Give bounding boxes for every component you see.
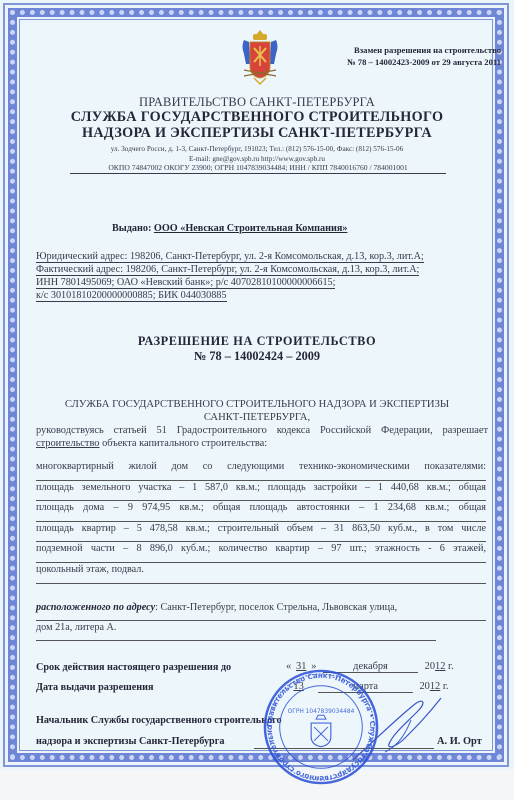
coat-of-arms-icon (240, 28, 280, 90)
issued-to: Выдано: ООО «Невская Строительная Компан… (112, 223, 347, 234)
permit-number: № 78 – 14002424 – 2009 (40, 349, 474, 364)
issue-date: 13 марта 2012 г. (286, 681, 449, 693)
permit-title: РАЗРЕШЕНИЕ НА СТРОИТЕЛЬСТВО (40, 334, 474, 349)
signatory-position-line2: надзора и экспертизы Санкт-Петербурга (36, 736, 224, 747)
validity-month: декабря (323, 661, 418, 673)
validity-date: «31» декабря 2012 г. (286, 661, 454, 673)
permit-lead-text: руководствуясь статьей 51 Градостроитель… (36, 424, 488, 450)
company-bank-codes: к/с 30101810200000000885; БИК 044030885 (36, 289, 486, 302)
technical-line: площадь земельного участка – 1 587,0 кв.… (36, 481, 486, 502)
technical-line: многоквартирный жилой дом со следующими … (36, 460, 486, 481)
service-name-line1: СЛУЖБА ГОСУДАРСТВЕННОГО СТРОИТЕЛЬНОГО (40, 109, 474, 126)
page-background (0, 770, 514, 800)
technical-line: цокольный этаж, подвал. (36, 563, 486, 584)
issued-to-label: Выдано: (112, 223, 151, 234)
issued-to-company: ООО «Невская Строительная Компания» (154, 223, 348, 234)
issue-date-label: Дата выдачи разрешения (36, 682, 153, 693)
signatory-name: А. И. Орт (437, 736, 482, 747)
company-actual-address: Фактический адрес: 198206, Санкт-Петербу… (36, 263, 486, 276)
replacement-note-line2: № 78 – 14002423-2009 от 29 августа 2011 (305, 56, 501, 68)
validity-label: Срок действия настоящего разрешения до (36, 662, 231, 673)
company-legal-address: Юридический адрес: 198206, Санкт-Петербу… (36, 250, 486, 263)
contact-address: ул. Зодчего Росси, д. 1-3, Санкт-Петербу… (40, 144, 474, 154)
contact-info: ул. Зодчего Росси, д. 1-3, Санкт-Петербу… (40, 144, 474, 164)
issue-month: марта (318, 681, 413, 693)
signature-line (254, 748, 434, 749)
technical-line: подземной части – 8 896,0 куб.м.; количе… (36, 542, 486, 563)
replacement-note-line1: Взамен разрешения на строительство (305, 44, 501, 56)
replacement-note: Взамен разрешения на строительство № 78 … (305, 44, 501, 68)
technical-indicators: многоквартирный жилой дом со следующими … (36, 460, 486, 584)
authority-heading: СЛУЖБА ГОСУДАРСТВЕННОГО СТРОИТЕЛЬНОГО НА… (40, 398, 474, 424)
registry-codes: ОКПО 74847002 ОКОГУ 23900; ОГРН 10478390… (70, 163, 446, 174)
construction-word: строительство (36, 438, 100, 449)
object-address: расположенного по адресу: Санкт-Петербур… (36, 601, 486, 641)
issue-year: 12 (430, 681, 440, 692)
validity-day: 31 (291, 661, 311, 672)
technical-line: площадь дома – 9 974,95 кв.м.; общая пло… (36, 501, 486, 522)
validity-year: 12 (435, 661, 445, 672)
issue-day: 13 (289, 681, 309, 692)
service-name-line2: НАДЗОРА И ЭКСПЕРТИЗЫ САНКТ-ПЕТЕРБУРГА (40, 125, 474, 142)
company-bank-details: ИНН 7801495069; ОАО «Невский банк»; р/с … (36, 276, 486, 289)
signatory-position-line1: Начальник Службы государственного строит… (36, 715, 282, 726)
government-heading: ПРАВИТЕЛЬСТВО САНКТ-ПЕТЕРБУРГА (40, 95, 474, 110)
technical-line: площадь квартир – 5 478,58 кв.м.; строит… (36, 522, 486, 543)
object-address-label: расположенного по адресу (36, 602, 155, 613)
